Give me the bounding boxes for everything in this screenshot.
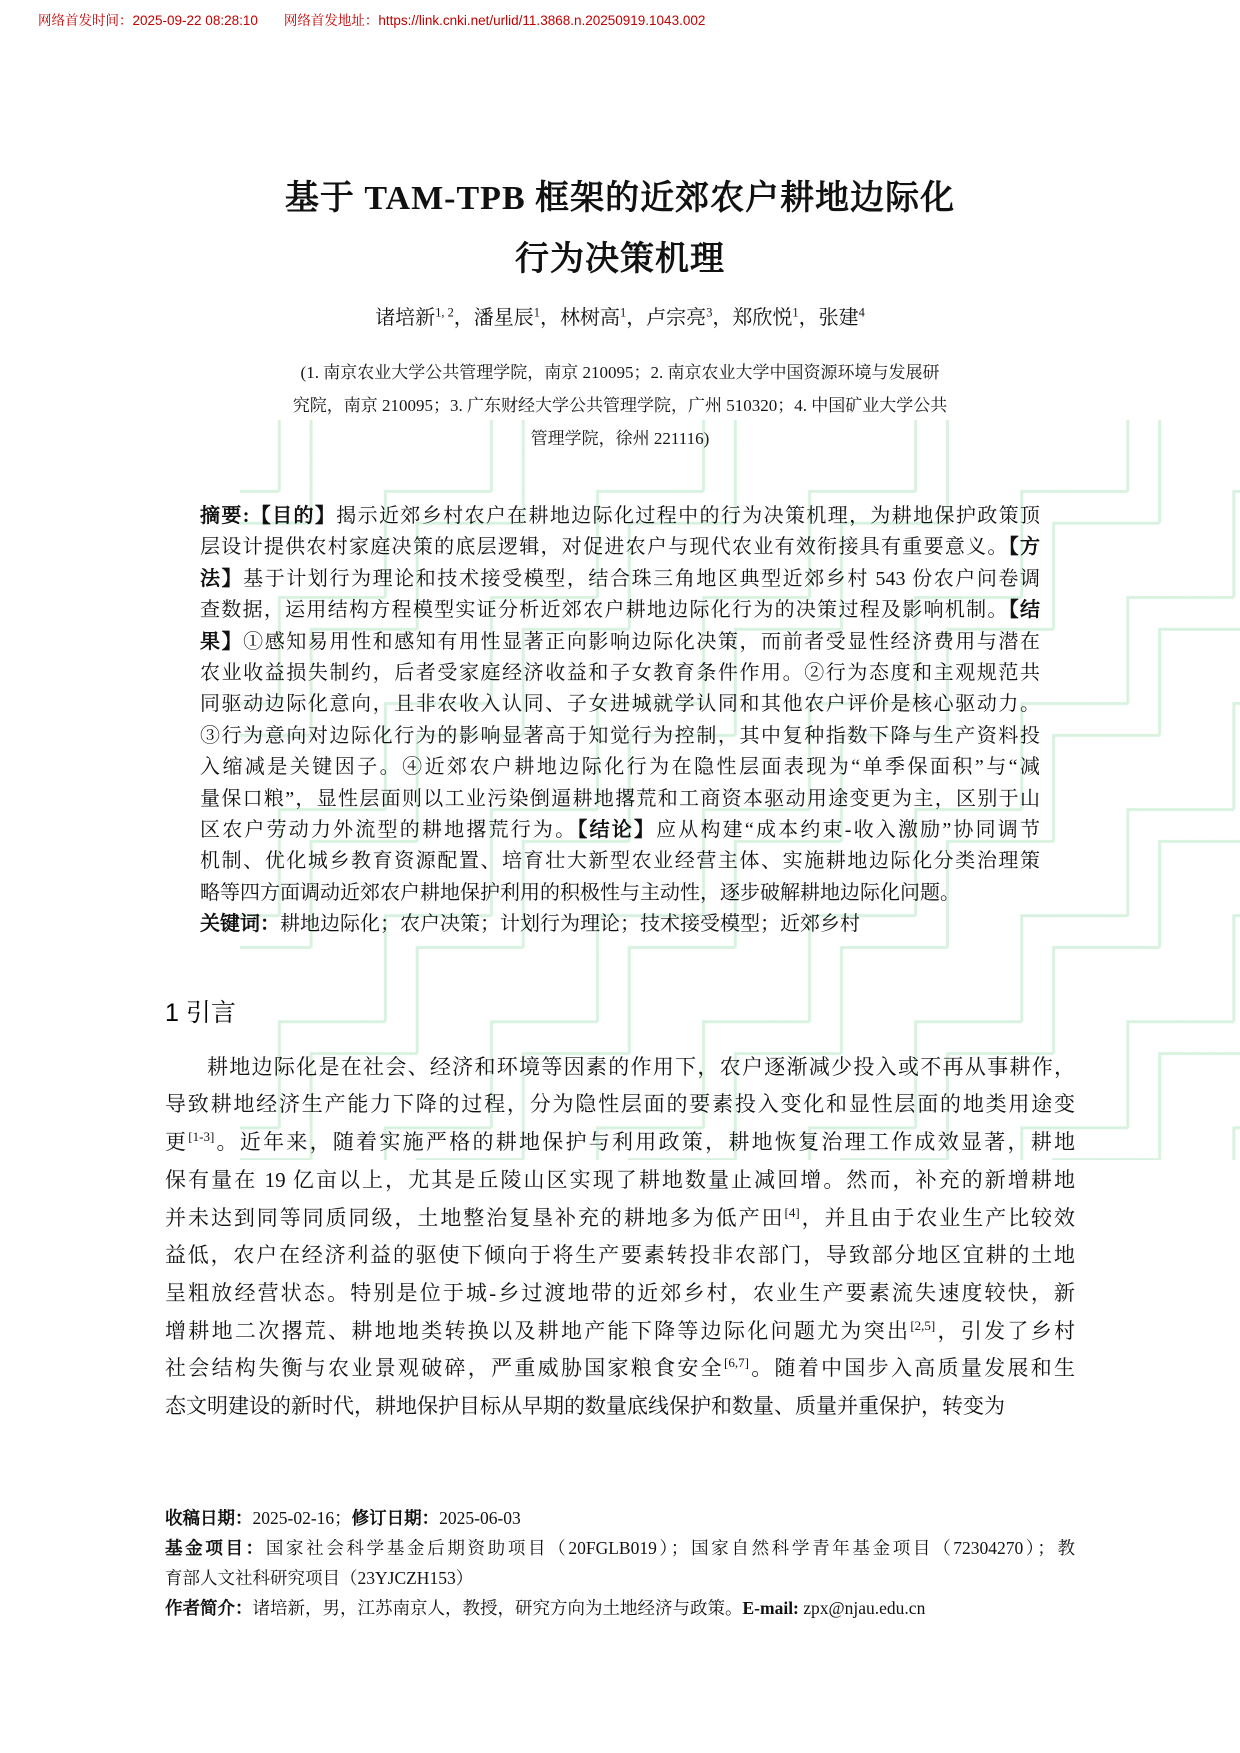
article-title: 基于 TAM-TPB 框架的近郊农户耕地边际化 行为决策机理 [165,168,1075,290]
section-1-heading: 1 引言 [165,997,1075,1029]
article-content: 基于 TAM-TPB 框架的近郊农户耕地边际化 行为决策机理 诸培新1, 2，潘… [165,0,1075,1426]
affiliation-line2: 究院，南京 210095；3. 广东财经大学公共管理学院，广州 510320；4… [165,389,1075,422]
article-title-line2: 行为决策机理 [165,229,1075,290]
introduction-paragraph: 耕地边际化是在社会、经济和环境等因素的作用下，农户逐渐减少投入或不再从事耕作，导… [165,1049,1075,1426]
paper-page: 网络首发时间：2025-09-22 08:28:10网络首发地址：https:/… [0,0,1240,1753]
first-page-footnote: 收稿日期：2025-02-16；修订日期：2025-06-03基金项目：国家社会… [165,1503,1075,1623]
authors-line: 诸培新1, 2，潘星辰1，林树高1，卢宗亮3，郑欣悦1，张建4 [165,302,1075,334]
abstract-block: 摘要:【目的】揭示近郊乡村农户在耕地边际化过程中的行为决策机理，为耕地保护政策顶… [200,501,1040,941]
affiliation-line3: 管理学院，徐州 221116) [165,422,1075,455]
affiliation-line1: (1. 南京农业大学公共管理学院，南京 210095；2. 南京农业大学中国资源… [165,356,1075,389]
affiliations: (1. 南京农业大学公共管理学院，南京 210095；2. 南京农业大学中国资源… [165,356,1075,455]
article-title-line1: 基于 TAM-TPB 框架的近郊农户耕地边际化 [165,168,1075,229]
